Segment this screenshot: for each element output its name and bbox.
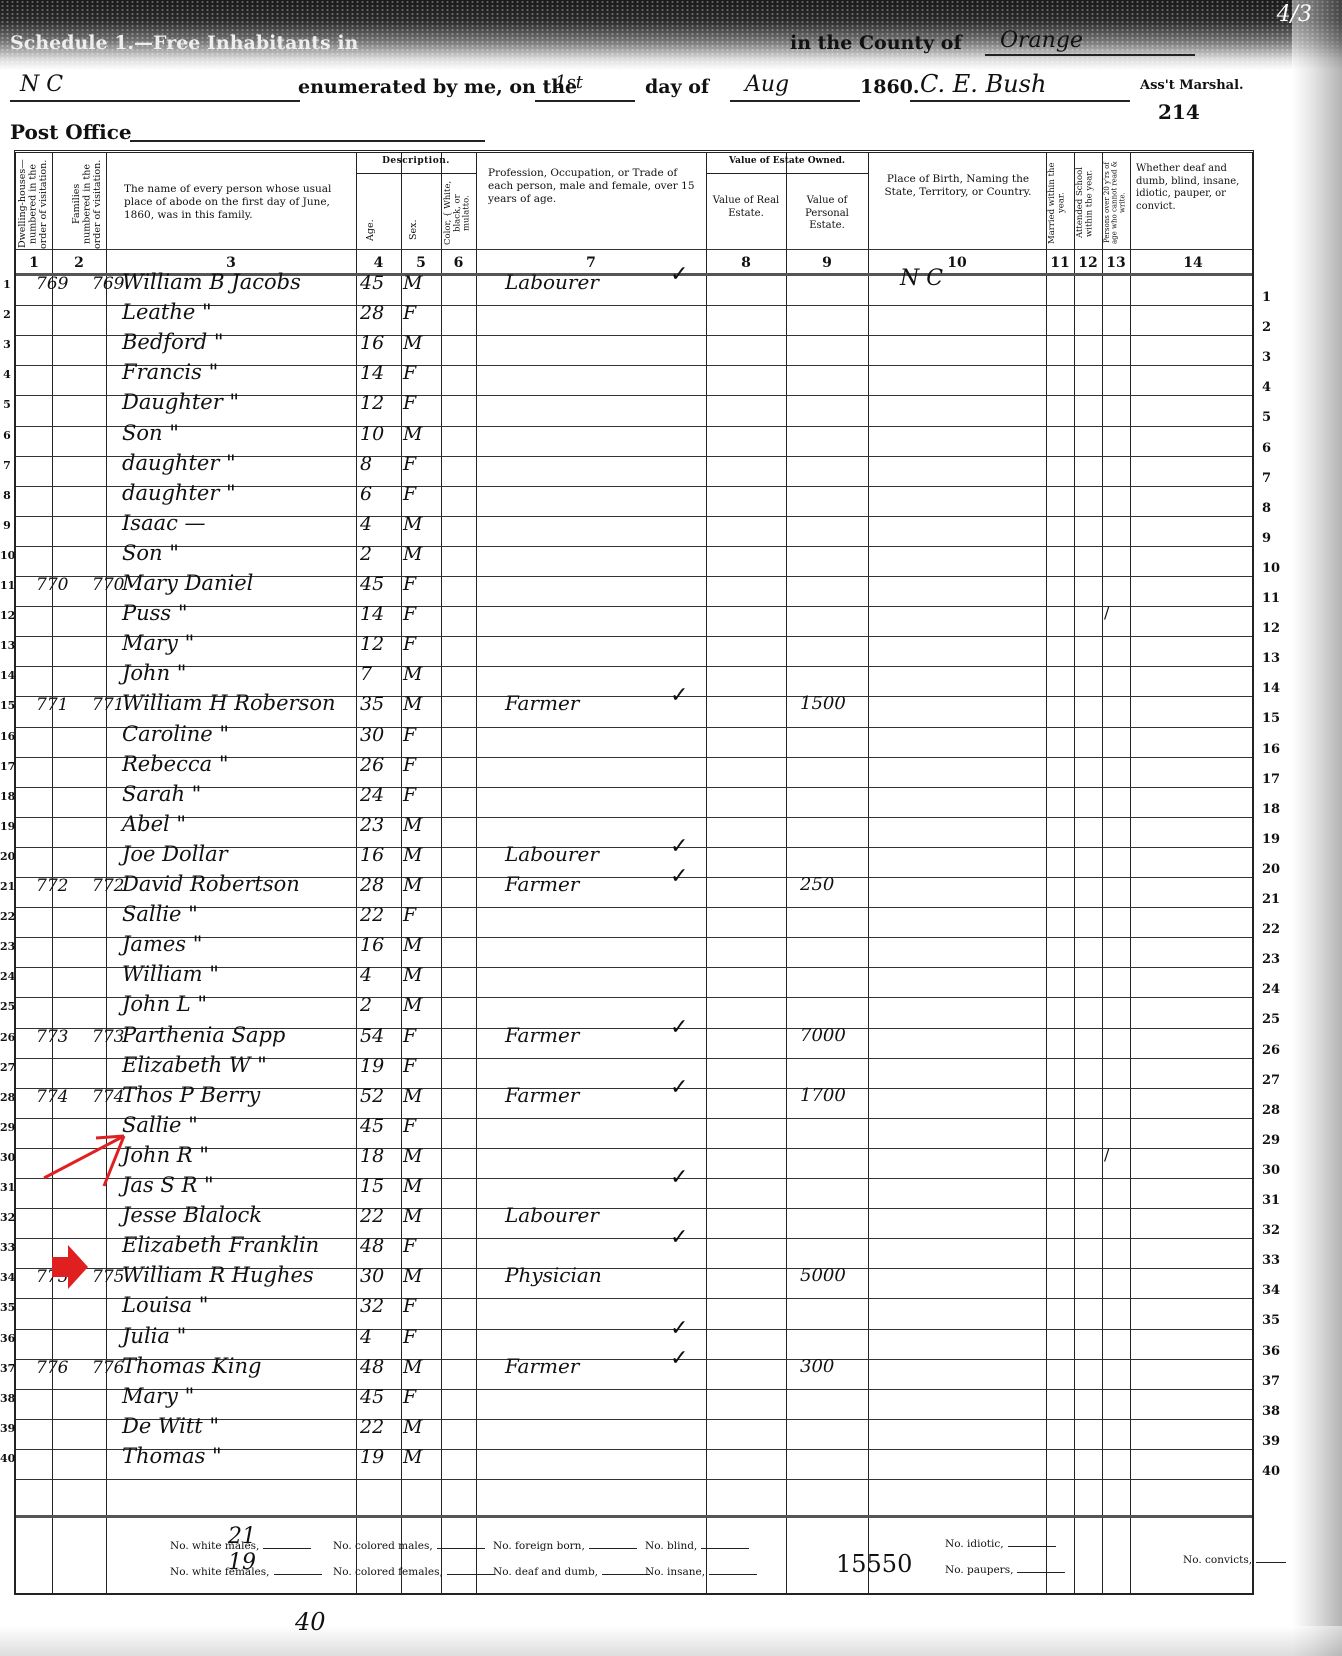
occupation: Farmer [505, 872, 579, 896]
sex: F [403, 392, 416, 414]
person-name: Louisa " [122, 1293, 208, 1317]
age: 22 [360, 1205, 384, 1227]
red-arrow-icon [40, 1130, 130, 1190]
estate-group-line [706, 173, 868, 174]
row-number-left: 30 [0, 1151, 14, 1164]
paupers: No. paupers, [945, 1564, 1065, 1576]
person-name: Sallie " [122, 902, 198, 926]
age: 48 [360, 1235, 384, 1257]
convicts: No. convicts, [1183, 1554, 1286, 1566]
row-number-right: 10 [1262, 561, 1298, 576]
sex: M [403, 332, 422, 354]
row-number-right: 39 [1262, 1434, 1298, 1449]
check-mark: ✓ [670, 1015, 688, 1040]
age: 54 [360, 1025, 384, 1047]
sex: M [403, 1416, 422, 1438]
personal-estate-value: 5000 [800, 1265, 846, 1286]
row-number-left: 9 [0, 519, 14, 532]
row-number-left: 22 [0, 910, 14, 923]
row-number-right: 27 [1262, 1073, 1298, 1088]
person-name: John L " [122, 992, 207, 1016]
illiterate-mark: / [1104, 603, 1109, 622]
row-number-left: 40 [0, 1452, 14, 1465]
dwelling-number: 770 [36, 575, 68, 595]
label: No. blind, [645, 1540, 697, 1552]
year-label: 1860. [860, 76, 920, 98]
row-number-right: 6 [1262, 441, 1298, 456]
col-divider [356, 153, 357, 1593]
white-females-value: 19 [228, 1550, 256, 1575]
sex: F [403, 1055, 416, 1077]
colored-females: No. colored females, [333, 1566, 495, 1578]
row-number-right: 19 [1262, 832, 1298, 847]
person-name: Son " [122, 421, 179, 445]
person-name: Mary " [122, 1384, 194, 1408]
idiotic: No. idiotic, [945, 1538, 1056, 1550]
person-name: Francis " [122, 360, 218, 384]
col-header-school: Attended School within the year. [1076, 157, 1100, 249]
row-number-left: 26 [0, 1031, 14, 1044]
group-estate: Value of Estate Owned. [711, 156, 863, 167]
row-number-right: 20 [1262, 862, 1298, 877]
dwelling-number: 776 [36, 1358, 68, 1378]
group-description: Description. [361, 156, 471, 167]
col-divider [1102, 153, 1103, 1593]
personal-estate-total: 15550 [836, 1550, 912, 1578]
row-number-left: 14 [0, 669, 14, 682]
sex: F [403, 483, 416, 505]
family-number: 773 [92, 1027, 124, 1047]
age: 14 [360, 603, 384, 625]
row-number-left: 31 [0, 1181, 14, 1194]
sex: F [403, 362, 416, 384]
row-number-left: 37 [0, 1362, 14, 1375]
check-mark: ✓ [670, 834, 688, 859]
label: No. paupers, [945, 1564, 1013, 1576]
row-number-right: 21 [1262, 892, 1298, 907]
col-number: 2 [52, 255, 106, 271]
sex: F [403, 754, 416, 776]
dwelling-number: 771 [36, 695, 68, 715]
row-number-right: 17 [1262, 772, 1298, 787]
marshal-underline [910, 100, 1130, 102]
check-mark: ✓ [670, 1346, 688, 1371]
sex: F [403, 1326, 416, 1348]
personal-estate-value: 1700 [800, 1085, 846, 1106]
person-name: Julia " [122, 1324, 186, 1348]
col-header-color: Color, { White, black, or mulatto. [444, 177, 474, 249]
age: 8 [360, 453, 372, 475]
col-number: 6 [441, 255, 476, 271]
row-line [16, 1118, 1252, 1119]
age: 2 [360, 543, 372, 565]
family-number: 774 [92, 1087, 124, 1107]
row-number-right: 5 [1262, 410, 1298, 425]
person-name: James " [122, 932, 202, 956]
label: No. colored females, [333, 1566, 443, 1578]
row-line [16, 907, 1252, 908]
blank [263, 1548, 311, 1549]
row-number-right: 37 [1262, 1374, 1298, 1389]
red-pointer-arrow-icon [50, 1245, 90, 1290]
occupation: Labourer [505, 842, 599, 866]
occupation: Labourer [505, 1203, 599, 1227]
row-number-right: 38 [1262, 1404, 1298, 1419]
check-mark: ✓ [670, 262, 688, 287]
schedule-title: Schedule 1.—Free Inhabitants in [10, 32, 358, 54]
age: 23 [360, 814, 384, 836]
col-number: 12 [1074, 255, 1102, 271]
scan-bottom-edge [0, 1626, 1342, 1656]
row-line [16, 1329, 1252, 1330]
month-underline [730, 100, 860, 102]
row-number-left: 32 [0, 1211, 14, 1224]
occupation: Labourer [505, 270, 599, 294]
sex: F [403, 573, 416, 595]
col-header-family: Families numbered in the order of visita… [72, 159, 104, 249]
row-number-left: 16 [0, 730, 14, 743]
row-number-right: 3 [1262, 350, 1298, 365]
post-office-line [130, 140, 485, 142]
family-number: 775 [92, 1267, 124, 1287]
label: No. idiotic, [945, 1538, 1004, 1550]
row-number-left: 19 [0, 820, 14, 833]
header-line-1: Schedule 1.—Free Inhabitants in in the C… [0, 28, 1250, 60]
row-number-right: 16 [1262, 742, 1298, 757]
sex: M [403, 1265, 422, 1287]
sex: M [403, 1356, 422, 1378]
col-divider [476, 153, 477, 1593]
sex: M [403, 543, 422, 565]
person-name: William H Roberson [122, 691, 336, 715]
colored-males: No. colored males, [333, 1540, 485, 1552]
blank [701, 1548, 749, 1549]
sex: M [403, 1446, 422, 1468]
sex: F [403, 1115, 416, 1137]
occupation: Farmer [505, 1083, 579, 1107]
sex: F [403, 1235, 416, 1257]
row-line [16, 636, 1252, 637]
sex: M [403, 693, 422, 715]
row-number-right: 31 [1262, 1193, 1298, 1208]
row-line [16, 787, 1252, 788]
blank [274, 1574, 322, 1575]
row-line [16, 606, 1252, 607]
sex: F [403, 1025, 416, 1047]
col-header-birthplace: Place of Birth, Naming the State, Territ… [878, 173, 1038, 199]
col-number: 11 [1046, 255, 1074, 271]
row-number-left: 3 [0, 338, 14, 351]
person-name: William " [122, 962, 219, 986]
sex: M [403, 272, 422, 294]
row-number-right: 2 [1262, 320, 1298, 335]
age: 24 [360, 784, 384, 806]
age: 4 [360, 964, 372, 986]
age: 16 [360, 934, 384, 956]
county-label: in the County of [790, 32, 962, 54]
blind: No. blind, [645, 1540, 749, 1552]
col-divider [786, 153, 787, 1593]
age: 2 [360, 994, 372, 1016]
col-number: 13 [1102, 255, 1130, 271]
row-number-right: 15 [1262, 711, 1298, 726]
row-number-left: 15 [0, 699, 14, 712]
person-name: John " [122, 661, 186, 685]
sex: M [403, 994, 422, 1016]
col-number: 9 [786, 255, 868, 271]
row-number-right: 18 [1262, 802, 1298, 817]
occupation: Farmer [505, 1354, 579, 1378]
col-header-occupation: Profession, Occupation, or Trade of each… [488, 167, 698, 206]
row-number-left: 13 [0, 639, 14, 652]
dwelling-number: 772 [36, 876, 68, 896]
page-number: 214 [1158, 100, 1200, 124]
age: 6 [360, 483, 372, 505]
summary-separator [16, 1515, 1252, 1518]
county-underline [985, 54, 1195, 56]
row-number-right: 1 [1262, 290, 1298, 305]
person-name: Joe Dollar [122, 842, 228, 866]
age: 4 [360, 1326, 372, 1348]
age: 26 [360, 754, 384, 776]
marshal-label: Ass't Marshal. [1140, 78, 1244, 93]
age: 19 [360, 1446, 384, 1468]
col-header-dwelling: Dwelling-houses—numbered in the order of… [18, 159, 50, 249]
header-separator [16, 249, 1252, 250]
bottom-tally: 40 [295, 1608, 326, 1636]
person-name: Thomas " [122, 1444, 222, 1468]
check-mark: ✓ [670, 1225, 688, 1250]
age: 32 [360, 1295, 384, 1317]
row-number-right: 33 [1262, 1253, 1298, 1268]
sex: M [403, 1145, 422, 1167]
age: 22 [360, 904, 384, 926]
person-name: Isaac — [122, 511, 206, 535]
age: 30 [360, 724, 384, 746]
enumerated-label: enumerated by me, on the [298, 76, 577, 98]
sex: M [403, 423, 422, 445]
scan-right-edge [1292, 0, 1342, 1656]
person-name: William B Jacobs [122, 270, 301, 294]
sex: M [403, 934, 422, 956]
person-name: David Robertson [122, 872, 300, 896]
row-number-right: 11 [1262, 591, 1298, 606]
check-mark: ✓ [670, 1075, 688, 1100]
row-number-left: 29 [0, 1121, 14, 1134]
occupation: Farmer [505, 1023, 579, 1047]
white-males-value: 21 [228, 1524, 256, 1549]
person-name: John R " [122, 1143, 209, 1167]
col-number: 10 [868, 255, 1046, 271]
age: 15 [360, 1175, 384, 1197]
person-name: daughter " [122, 451, 236, 475]
state-value: N C [20, 72, 63, 97]
row-number-left: 17 [0, 760, 14, 773]
col-divider [868, 153, 869, 1593]
row-number-left: 34 [0, 1271, 14, 1284]
person-name: Rebecca " [122, 752, 229, 776]
col-header-married: Married within the year. [1048, 157, 1072, 249]
row-line [16, 666, 1252, 667]
row-number-right: 25 [1262, 1012, 1298, 1027]
col-divider [441, 153, 442, 1593]
age: 16 [360, 332, 384, 354]
person-name: Mary " [122, 631, 194, 655]
blank [437, 1548, 485, 1549]
label: No. foreign born, [493, 1540, 585, 1552]
sex: M [403, 513, 422, 535]
age: 45 [360, 573, 384, 595]
col-number: 1 [16, 255, 52, 271]
person-name: Sallie " [122, 1113, 198, 1137]
blank [709, 1574, 757, 1575]
dwelling-number: 769 [36, 274, 68, 294]
row-number-right: 28 [1262, 1103, 1298, 1118]
sex: F [403, 1386, 416, 1408]
row-number-left: 2 [0, 308, 14, 321]
row-number-left: 4 [0, 368, 14, 381]
col-divider [1074, 153, 1075, 1593]
col-header-illiterate: Persons over 20 y'rs of age who cannot r… [1104, 157, 1128, 249]
blank [1256, 1562, 1286, 1563]
corner-stamp: 4/3 [1277, 2, 1312, 27]
sex: M [403, 874, 422, 896]
insane: No. insane, [645, 1566, 757, 1578]
row-line [16, 546, 1252, 547]
deaf-dumb: No. deaf and dumb, [493, 1566, 650, 1578]
sex: M [403, 1205, 422, 1227]
row-number-left: 27 [0, 1061, 14, 1074]
row-number-right: 7 [1262, 471, 1298, 486]
row-number-right: 40 [1262, 1464, 1298, 1479]
row-number-right: 29 [1262, 1133, 1298, 1148]
row-number-left: 39 [0, 1422, 14, 1435]
blank [602, 1574, 650, 1575]
sex: F [403, 633, 416, 655]
sex: F [403, 724, 416, 746]
person-name: Leathe " [122, 300, 212, 324]
age: 35 [360, 693, 384, 715]
foreign-born: No. foreign born, [493, 1540, 637, 1552]
desc-group-line [356, 173, 476, 174]
family-number: 770 [92, 575, 124, 595]
row-number-left: 36 [0, 1332, 14, 1345]
row-number-left: 24 [0, 970, 14, 983]
row-number-right: 13 [1262, 651, 1298, 666]
sex: M [403, 844, 422, 866]
row-number-left: 33 [0, 1241, 14, 1254]
row-number-right: 4 [1262, 380, 1298, 395]
row-number-left: 18 [0, 790, 14, 803]
row-number-right: 35 [1262, 1313, 1298, 1328]
row-number-right: 8 [1262, 501, 1298, 516]
row-number-left: 35 [0, 1301, 14, 1314]
age: 28 [360, 874, 384, 896]
age: 28 [360, 302, 384, 324]
day-of-label: day of [645, 76, 709, 98]
occupation: Farmer [505, 691, 579, 715]
sex: F [403, 1295, 416, 1317]
check-mark: ✓ [670, 1316, 688, 1341]
col-header-disability: Whether deaf and dumb, blind, insane, id… [1136, 163, 1248, 213]
person-name: Son " [122, 541, 179, 565]
col-header-real-estate: Value of Real Estate. [711, 195, 781, 220]
blank [1017, 1572, 1065, 1573]
age: 12 [360, 633, 384, 655]
row-number-left: 1 [0, 278, 14, 291]
state-underline [10, 100, 300, 102]
row-line [16, 1389, 1252, 1390]
dwelling-number: 773 [36, 1027, 68, 1047]
blank [1008, 1546, 1056, 1547]
person-name: Thomas King [122, 1354, 261, 1378]
month-value: Aug [745, 72, 789, 97]
age: 7 [360, 663, 372, 685]
row-number-left: 20 [0, 850, 14, 863]
row-number-right: 30 [1262, 1163, 1298, 1178]
header-line-2: N C enumerated by me, on the 1st day of … [0, 70, 1250, 104]
birthplace: N C [900, 266, 943, 291]
col-divider [706, 153, 707, 1593]
personal-estate-value: 1500 [800, 693, 846, 714]
label: No. convicts, [1183, 1554, 1252, 1566]
row-number-right: 36 [1262, 1344, 1298, 1359]
sex: M [403, 663, 422, 685]
sex: M [403, 964, 422, 986]
row-number-left: 8 [0, 489, 14, 502]
family-number: 772 [92, 876, 124, 896]
col-divider [1046, 153, 1047, 1593]
person-name: Puss " [122, 601, 188, 625]
person-name: De Witt " [122, 1414, 219, 1438]
row-number-left: 28 [0, 1091, 14, 1104]
county-value: Orange [1000, 28, 1083, 53]
row-number-left: 38 [0, 1392, 14, 1405]
age: 30 [360, 1265, 384, 1287]
label: No. insane, [645, 1566, 705, 1578]
person-name: Sarah " [122, 782, 201, 806]
row-number-right: 26 [1262, 1043, 1298, 1058]
age: 52 [360, 1085, 384, 1107]
col-header-personal-estate: Value of Personal Estate. [791, 195, 863, 233]
family-number: 769 [92, 274, 124, 294]
col-divider [401, 153, 402, 1593]
sex: M [403, 1085, 422, 1107]
blank [589, 1548, 637, 1549]
label: No. deaf and dumb, [493, 1566, 598, 1578]
row-number-right: 12 [1262, 621, 1298, 636]
col-header-age: Age. [366, 213, 386, 247]
row-number-left: 6 [0, 429, 14, 442]
row-number-right: 23 [1262, 952, 1298, 967]
person-name: Jas S R " [122, 1173, 214, 1197]
person-name: Elizabeth Franklin [122, 1233, 319, 1257]
age: 10 [360, 423, 384, 445]
illiterate-mark: / [1104, 1145, 1109, 1164]
sex: F [403, 904, 416, 926]
sex: M [403, 1175, 422, 1197]
family-number: 776 [92, 1358, 124, 1378]
age: 12 [360, 392, 384, 414]
sex: F [403, 302, 416, 324]
person-name: Mary Daniel [122, 571, 253, 595]
age: 19 [360, 1055, 384, 1077]
person-name: William R Hughes [122, 1263, 314, 1287]
blank [447, 1574, 495, 1575]
row-number-right: 34 [1262, 1283, 1298, 1298]
row-number-left: 11 [0, 579, 14, 592]
age: 45 [360, 272, 384, 294]
